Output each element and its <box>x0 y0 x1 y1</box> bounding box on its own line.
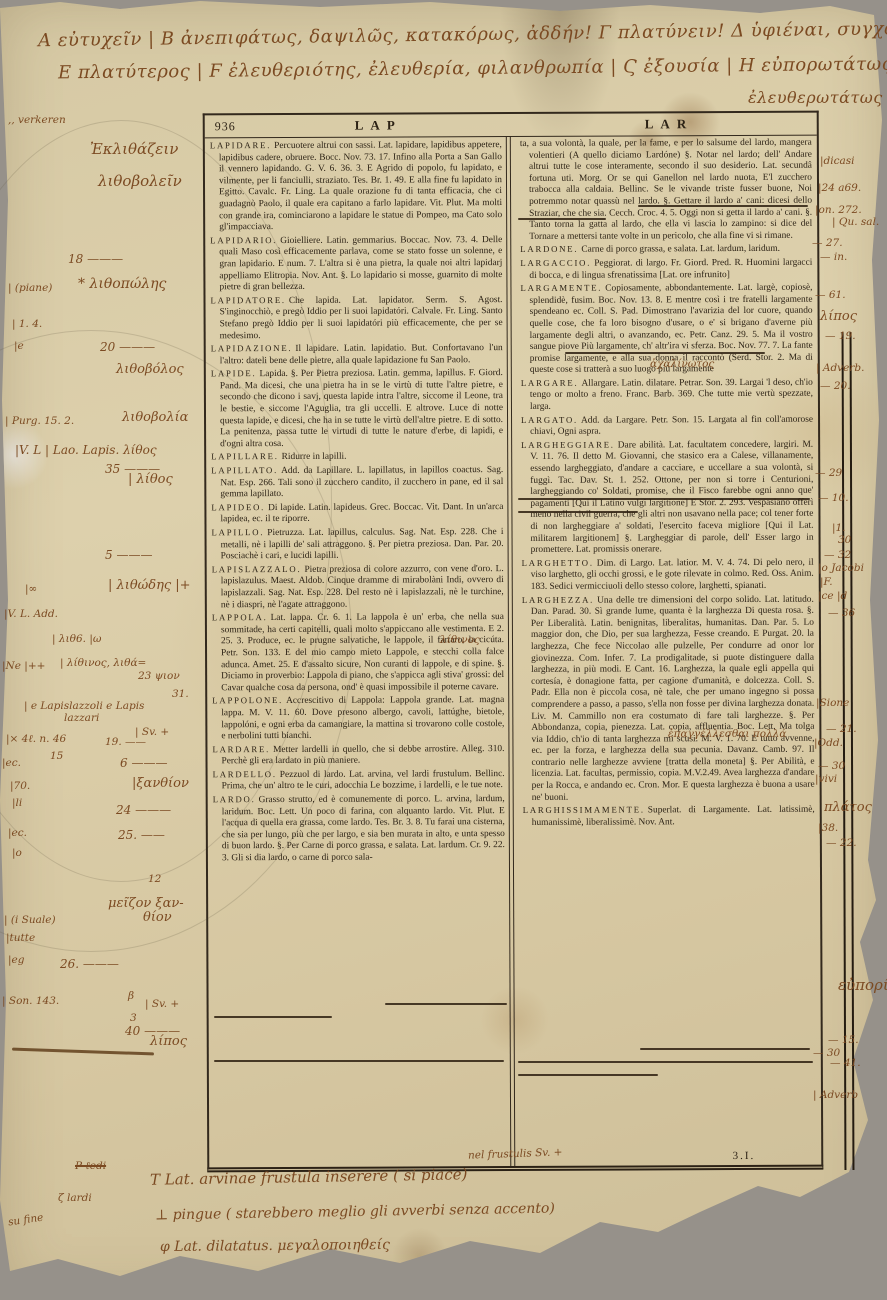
entry-body: Grasso strutto, ed è comunemente di porc… <box>222 794 505 863</box>
margin-annotation: |F. <box>820 576 833 588</box>
entry-lapidazione: LAPIDAZIONE.Il lapidare. Latin. lapidati… <box>211 342 503 367</box>
entry-largaccio: LARGACCIO.Peggiorat. di largo. Fr. Giord… <box>520 257 812 282</box>
margin-annotation: |Odd. <box>814 737 843 749</box>
entry-term: LARGATO. <box>521 414 578 424</box>
text-columns: LAPIDARE.Percuotere altrui con sassi. La… <box>210 138 816 1164</box>
entry-term: LARGHEZZA. <box>522 594 594 604</box>
ink-strikethrough <box>638 205 808 207</box>
entry-larghetto: LARGHETTO.Dim. di Largo. Lat. latior. M.… <box>522 556 814 593</box>
margin-annotation: | Adverb <box>813 1089 858 1101</box>
margin-annotation: |li <box>12 797 22 809</box>
entry-lapillato: LAPILLATO.Add. da Lapillare. L. lapillat… <box>211 464 503 501</box>
margin-annotation: | λιθώδης |+ <box>108 578 191 593</box>
entry-term: LAPIDAZIONE. <box>211 343 293 353</box>
entry-larghezza: LARGHEZZA.Una delle tre dimensioni del c… <box>522 593 815 804</box>
margin-annotation: — 32 <box>824 549 851 561</box>
margin-annotation: | Sv. + <box>135 726 169 738</box>
margin-annotation: 23 ψιον <box>138 670 180 682</box>
interlinear-greek-largaccio: ἀχαλίνωτος <box>650 358 714 370</box>
entry-term: LAPILLO. <box>211 527 264 537</box>
ink-strikethrough <box>518 1074 658 1076</box>
bottom-note-line3: φ Lat. dilatatus. μεγαλοποιηθείς <box>160 1237 390 1255</box>
margin-annotation: |∞ <box>25 583 37 595</box>
entry-body: Una delle tre dimensioni del corpo solid… <box>531 594 815 802</box>
entry-term: LARGHISSIMAMENTE. <box>523 805 645 816</box>
margin-annotation: | λίθος <box>128 472 173 487</box>
margin-annotation: |ce |d <box>818 590 847 602</box>
ink-strikethrough <box>565 352 765 354</box>
entry-term: LAPIDEO. <box>211 502 265 512</box>
running-head-lap: LAP <box>355 117 402 133</box>
margin-annotation: |vivi <box>815 773 837 785</box>
margin-annotation: θίον <box>143 910 172 925</box>
margin-annotation: λίπος <box>820 309 857 324</box>
margin-annotation: |e <box>14 340 24 352</box>
page-number: 936 <box>215 119 236 134</box>
entry-lardone: LARDONE.Carne di porco grassa, e salata.… <box>520 243 812 257</box>
margin-annotation: |ξανθίον <box>132 776 189 791</box>
entry-continuation: ta, a sua volontà, la quale, per la fame… <box>520 138 812 244</box>
margin-annotation: | Purg. 15. 2. <box>5 415 74 427</box>
margin-annotation: | (i Suale) <box>4 914 56 926</box>
margin-annotation: |tutte <box>6 932 35 944</box>
interlinear-greek-lapideo: λίθινος <box>440 634 480 646</box>
margin-annotation: εὐπορία <box>838 976 887 994</box>
entry-term: LAPISLAZZALO. <box>212 564 302 574</box>
entry-lapidatore: LAPIDATORE.Che lapida. Lat. lapidator. S… <box>210 294 502 343</box>
entry-lardo: LARDO.Grasso strutto, ed è comunemente d… <box>213 793 505 865</box>
margin-annotation: |V. L | Lao. Lapis. λίθος <box>15 443 157 457</box>
margin-annotation: 12 <box>148 873 161 885</box>
entry-term: LAPIDATORE. <box>210 295 285 305</box>
margin-annotation: — 15. <box>828 1034 859 1046</box>
margin-annotation: | Adverb. <box>816 362 864 374</box>
entry-body: Ridurre in lapilli. <box>282 452 347 462</box>
entry-term: LARDONE. <box>520 244 578 254</box>
entry-body: Lat. lappa. Cr. 6. 1. La lappola è un' e… <box>221 612 504 693</box>
margin-annotation: 24 ——— <box>116 803 171 817</box>
entry-lardare: LARDARE.Metter lardelli in quello, che s… <box>212 743 504 768</box>
margin-annotation: λιθοβολεῖν <box>98 172 182 190</box>
ink-strikethrough <box>518 1061 813 1063</box>
margin-annotation: lazzari <box>64 712 99 724</box>
entry-term: LAPPOLONE. <box>212 695 283 705</box>
margin-annotation: 20 ——— <box>100 340 155 354</box>
entry-lapillo: LAPILLO.Pietruzza. Lat. lapillus, calcul… <box>211 526 503 563</box>
entry-term: LARDELLO. <box>213 769 277 779</box>
margin-annotation: | λίθινος, λιθά= <box>60 657 146 669</box>
entry-term: LARGAMENTE. <box>520 283 602 293</box>
margin-annotation: 15 <box>50 750 63 762</box>
entry-lappola: LAPPOLA.Lat. lappa. Cr. 6. 1. La lappola… <box>212 611 504 694</box>
margin-annotation: — 20. <box>820 380 851 392</box>
entry-lappolone: LAPPOLONE.Accrescitivo di Lappola: Lappo… <box>212 694 504 743</box>
entry-lapidare: LAPIDARE.Percuotere altrui con sassi. La… <box>210 139 502 234</box>
ink-strikethrough <box>518 511 638 513</box>
ink-strikethrough <box>385 1003 507 1005</box>
margin-annotation: 3 <box>130 1012 137 1024</box>
margin-annotation: * λιθοπώλης <box>78 276 166 292</box>
margin-annotation: |on. 272. <box>815 204 862 216</box>
interlinear-greek-largheggiare: ἐπαγγέλλεσθαι πολλά <box>668 728 786 740</box>
margin-annotation: |Sione <box>816 697 849 709</box>
margin-annotation: λιθοβολία <box>122 410 188 425</box>
entry-term: LAPIDE. <box>211 368 257 378</box>
entry-lapideo: LAPIDEO.Di lapide. Latin. lapideus. Grec… <box>211 501 503 526</box>
margin-annotation: 26. ——— <box>60 957 119 971</box>
margin-annotation: | e Lapislazzoli e Lapis <box>24 700 144 712</box>
margin-annotation: | λιθ6. |ω <box>52 633 101 645</box>
entry-term: LAPPOLA. <box>212 612 268 622</box>
margin-annotation: |× 4ℓ. n. 46 <box>6 733 66 745</box>
entry-lapislazzalo: LAPISLAZZALO.Pietra preziosa di colore a… <box>212 563 504 612</box>
entry-lapide: LAPIDE.Lapida. §. Per Pietra preziosa. L… <box>211 367 503 450</box>
entry-largato: LARGATO.Add. da Largare. Petr. Son. 15. … <box>521 413 813 438</box>
margin-annotation: λιθοβόλος <box>116 362 184 377</box>
margin-annotation: |o Jacobi <box>818 562 864 574</box>
margin-annotation: 5 ——— <box>105 548 152 562</box>
ink-strikethrough <box>640 1048 810 1050</box>
margin-annotation: — 30 <box>818 760 845 772</box>
margin-annotation: |dicasi <box>820 155 855 167</box>
margin-annotation: λίπος <box>150 1034 187 1049</box>
ink-strikethrough <box>518 498 810 500</box>
entry-term: LAPIDARE. <box>210 140 271 150</box>
margin-annotation: |ec. <box>2 757 21 769</box>
entry-body: Carne di porco grassa, e salata. Lat. la… <box>581 244 780 255</box>
right-column: ta, a sua volontà, la quale, per la fame… <box>511 138 816 1162</box>
margin-annotation: 6 ——— <box>120 756 167 770</box>
margin-annotation: |24 a69. <box>818 182 861 194</box>
signature-mark: 3.I. <box>733 1150 756 1162</box>
margin-annotation: | (piane) <box>8 282 52 294</box>
scanned-dictionary-page: { "colors":{"paper":"#d8c9a4","print_ink… <box>0 0 887 1300</box>
entry-largare: LARGARE.Allargare. Latin. dilatare. Petr… <box>521 377 813 414</box>
margin-annotation: β <box>128 990 134 1002</box>
entry-term: LAPIDARIO. <box>210 235 277 245</box>
entry-lardello: LARDELLO.Pezzuol di lardo. Lat. arvina, … <box>213 768 505 793</box>
running-head-lar: LAR <box>645 116 694 132</box>
bottom-left-note-struck: P ℓedi <box>75 1160 106 1172</box>
entry-term: LARGARE. <box>521 378 579 388</box>
margin-annotation: — 41. <box>830 1057 861 1069</box>
margin-annotation: μεῖζον ξαν- <box>108 896 184 911</box>
left-column: LAPIDARE.Percuotere altrui con sassi. La… <box>210 139 506 1163</box>
bottom-left-note: ζ lardi <box>58 1192 92 1204</box>
margin-annotation: — 19. <box>825 330 856 342</box>
margin-annotation: |V. L. Add. <box>4 608 58 620</box>
entry-term: LAPILLARE. <box>211 451 279 461</box>
entry-lapidario: LAPIDARIO.Gioielliere. Latin. gemmarius.… <box>210 234 502 294</box>
margin-annotation: — 21. <box>826 723 857 735</box>
corner-note: ,, verkeren <box>8 114 66 126</box>
margin-annotation: |1. <box>832 522 846 534</box>
margin-annotation: | Sv. + <box>145 998 179 1010</box>
page-header: 936 LAP LAR <box>205 113 817 139</box>
margin-annotation: |70. <box>10 780 30 792</box>
entry-larghissimamente: LARGHISSIMAMENTE.Superlat. di Largamente… <box>523 804 815 829</box>
ink-strikethrough <box>214 1016 332 1018</box>
margin-annotation: | Son. 143. <box>2 995 59 1007</box>
margin-annotation: 31. <box>172 688 189 700</box>
ink-strikethrough <box>518 218 606 220</box>
entry-term: LARDO. <box>213 794 256 804</box>
margin-annotation: 25. —— <box>118 828 165 842</box>
margin-annotation: — in. <box>820 251 847 263</box>
print-block: 936 LAP LAR LAPIDARE.Percuotere altrui c… <box>203 111 824 1173</box>
entry-lapillare: LAPILLARE.Ridurre in lapilli. <box>211 450 503 464</box>
margin-annotation: |eg <box>8 954 24 966</box>
margin-annotation: |ec. <box>8 827 27 839</box>
margin-annotation: Ἐκλιθάζειν <box>90 140 178 158</box>
margin-annotation: |38. <box>818 822 838 834</box>
ink-strikethrough <box>214 1060 504 1062</box>
entry-term: LAPILLATO. <box>211 465 278 475</box>
margin-annotation: |Ne |++ <box>2 660 45 672</box>
top-annotation-line3: ἐλευθερωτάτως <box>748 88 883 107</box>
entry-term: LARGHEGGIARE. <box>521 439 615 449</box>
margin-annotation: | 1. 4. <box>12 318 42 330</box>
margin-annotation: |o <box>12 847 22 859</box>
margin-annotation: πλάτος <box>824 800 872 815</box>
entry-term: LARGHETTO. <box>522 557 594 567</box>
entry-body: Percuotere altrui con sassi. Lat. lapida… <box>219 140 502 232</box>
margin-annotation: 18 ——— <box>68 252 123 266</box>
margin-annotation: — 22. <box>826 837 857 849</box>
margin-annotation: — 29 <box>815 467 842 479</box>
margin-annotation: | Qu. sal. <box>832 216 879 228</box>
margin-annotation: 30 <box>838 534 851 546</box>
margin-annotation: — 10. <box>818 492 849 504</box>
entry-term: LARDARE. <box>212 744 270 754</box>
entry-body: ta, a sua volontà, la quale, per la fame… <box>520 138 812 242</box>
entry-body: Lapida. §. Per Pietra preziosa. Latin. g… <box>220 368 503 449</box>
margin-annotation: — 27. <box>812 237 843 249</box>
margin-annotation: — 36 <box>828 607 855 619</box>
margin-annotation: — 61. <box>815 289 846 301</box>
entry-term: LARGACCIO. <box>520 258 591 268</box>
